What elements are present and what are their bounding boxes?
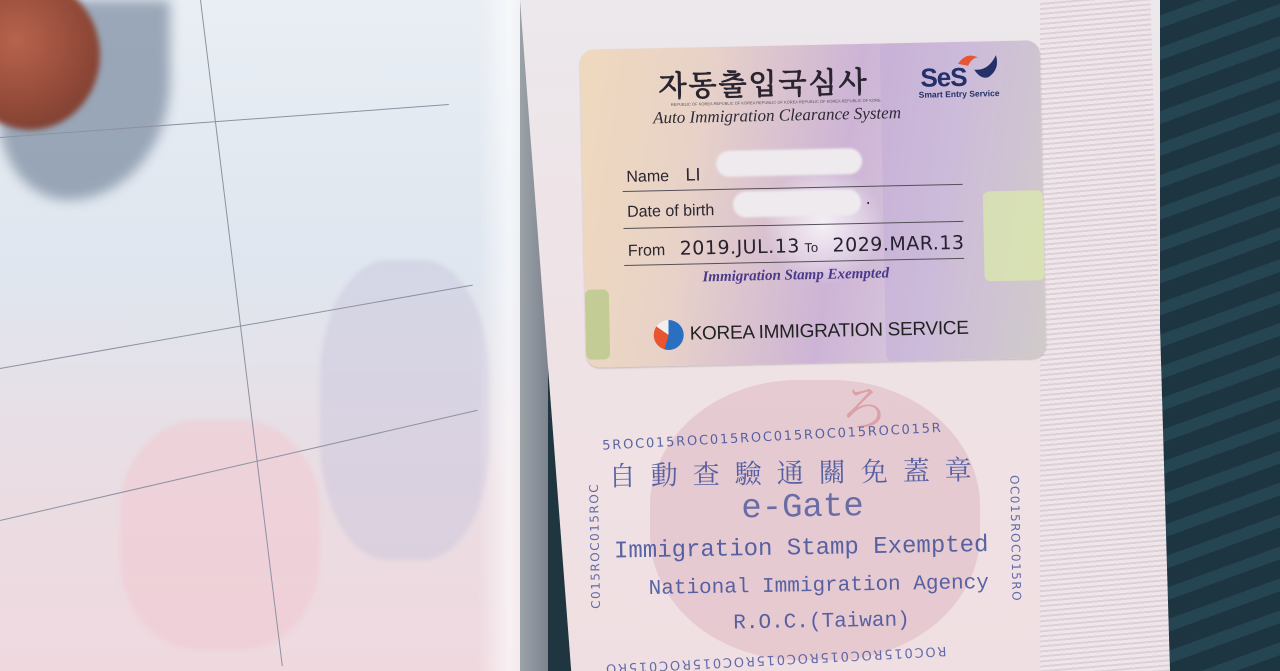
stamp-line-country: R.O.C.(Taiwan): [733, 609, 910, 635]
stamp-border-bottom: ROC015ROC015ROC015ROC015ROC015RO: [604, 643, 947, 671]
stamp-chinese-title: 自動查驗通關免蓋章: [608, 448, 987, 494]
stamp-border-right: OC015ROC015RO: [1007, 475, 1023, 602]
egate-stamp: 5ROC015ROC015ROC015ROC015ROC015R C015ROC…: [590, 421, 1044, 671]
ses-caption: Smart Entry Service: [919, 88, 1000, 100]
dark-background: [1150, 0, 1280, 671]
left-passport-page: [0, 0, 520, 671]
korea-immigration-logo-icon: [653, 320, 684, 351]
redacted-name: [716, 148, 863, 177]
stamp-line-exempted: Immigration Stamp Exempted: [614, 532, 989, 566]
name-label: Name: [626, 168, 669, 186]
from-date: 2019.JUL.13: [679, 235, 800, 260]
sticker-subtitle: Auto Immigration Clearance System: [653, 103, 901, 128]
to-date: 2029.MAR.13: [832, 232, 964, 257]
sticker-tint: [983, 190, 1045, 281]
dob-row: Date of birth: [627, 202, 715, 222]
dob-label: Date of birth: [627, 202, 714, 221]
pink-illustration: [120, 420, 320, 650]
sticker-tint: [585, 289, 610, 359]
dob-suffix: .: [866, 191, 871, 209]
stamp-exempted-note: Immigration Stamp Exempted: [702, 265, 889, 286]
name-value: LI: [685, 164, 700, 184]
stamp-egate: e-Gate: [741, 488, 864, 528]
from-label: From: [628, 242, 666, 260]
blue-illustration: [320, 260, 490, 560]
to-label: To: [804, 240, 818, 255]
stamp-line-agency: National Immigration Agency: [648, 572, 989, 601]
page-edge-pattern: [1040, 0, 1170, 671]
name-row: Name LI: [626, 164, 701, 187]
passport-photo: ろ 자동출입국심사 REPUBLIC OF KOREA REPUBLIC OF …: [0, 0, 1280, 671]
immigration-sticker: 자동출입국심사 REPUBLIC OF KOREA REPUBLIC OF KO…: [580, 40, 1047, 368]
redacted-dob: [733, 189, 862, 218]
stamp-border-left: C015ROC015ROC: [587, 483, 603, 609]
